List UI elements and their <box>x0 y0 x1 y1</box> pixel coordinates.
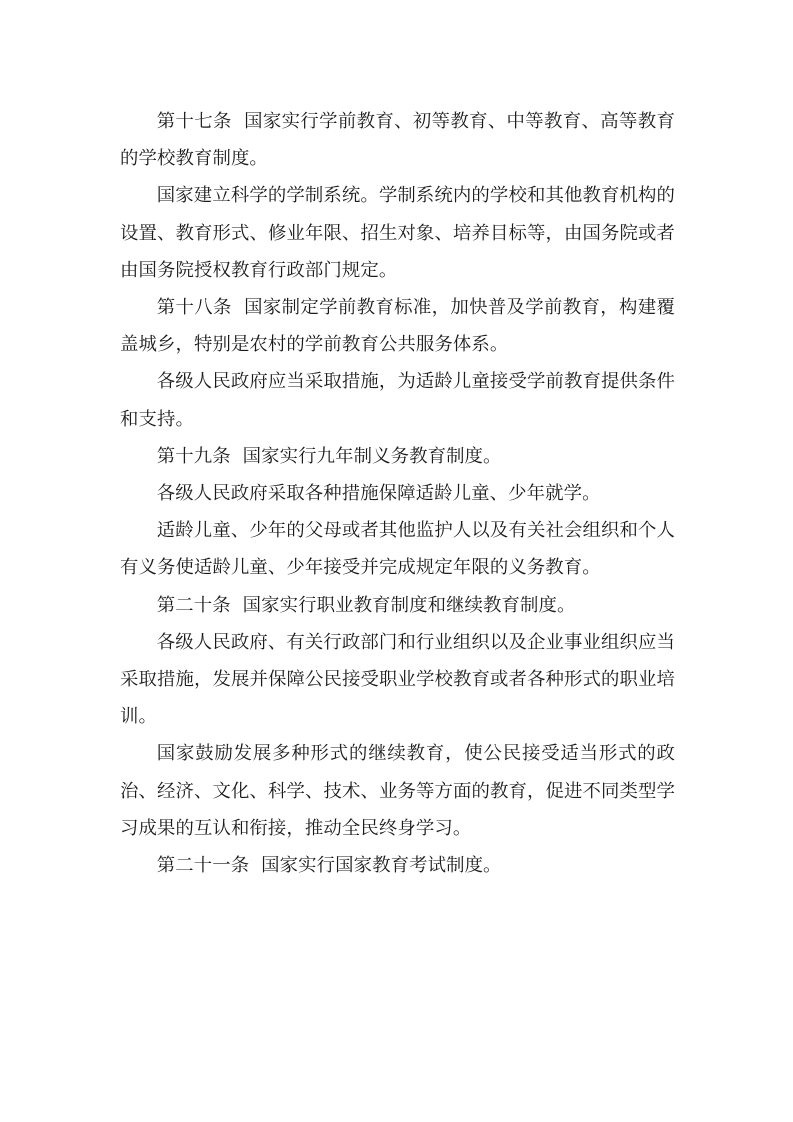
paragraph-text: 适龄儿童、少年的父母或者其他监护人以及有关社会组织和个人有义务使适龄儿童、少年接… <box>120 520 675 578</box>
paragraph: 适龄儿童、少年的父母或者其他监护人以及有关社会组织和个人有义务使适龄儿童、少年接… <box>120 512 675 586</box>
paragraph: 各级人民政府采取各种措施保障适龄儿童、少年就学。 <box>120 475 675 512</box>
article-gap <box>232 111 244 132</box>
paragraph-text: 国家实行国家教育考试制度。 <box>261 855 501 876</box>
paragraph: 国家鼓励发展多种形式的继续教育，使公民接受适当形式的政治、经济、文化、科学、技术… <box>120 735 675 847</box>
paragraph: 国家建立科学的学制系统。学制系统内的学校和其他教育机构的设置、教育形式、修业年限… <box>120 177 675 289</box>
paragraph-text: 各级人民政府应当采取措施，为适龄儿童接受学前教育提供条件和支持。 <box>120 371 675 429</box>
article-gap <box>249 855 261 876</box>
article-gap <box>231 595 243 616</box>
paragraph: 各级人民政府、有关行政部门和行业组织以及企业事业组织应当采取措施，发展并保障公民… <box>120 624 675 736</box>
paragraph-text: 各级人民政府、有关行政部门和行业组织以及企业事业组织应当采取措施，发展并保障公民… <box>120 632 675 727</box>
paragraph-text: 国家实行九年制义务教育制度。 <box>243 446 502 467</box>
document-page: 第十七条 国家实行学前教育、初等教育、中等教育、高等教育的学校教育制度。 国家建… <box>120 103 675 884</box>
article-20-paragraph: 第二十条 国家实行职业教育制度和继续教育制度。 <box>120 587 675 624</box>
paragraph-text: 国家鼓励发展多种形式的继续教育，使公民接受适当形式的政治、经济、文化、科学、技术… <box>120 743 675 838</box>
article-17-paragraph: 第十七条 国家实行学前教育、初等教育、中等教育、高等教育的学校教育制度。 <box>120 103 675 177</box>
article-21-paragraph: 第二十一条 国家实行国家教育考试制度。 <box>120 847 675 884</box>
article-number: 第十九条 <box>157 446 231 467</box>
paragraph-text: 各级人民政府采取各种措施保障适龄儿童、少年就学。 <box>157 483 601 504</box>
article-number: 第二十一条 <box>157 855 249 876</box>
paragraph-text: 国家实行职业教育制度和继续教育制度。 <box>243 595 576 616</box>
article-18-paragraph: 第十八条 国家制定学前教育标准，加快普及学前教育，构建覆盖城乡，特别是农村的学前… <box>120 289 675 363</box>
article-gap <box>231 446 243 467</box>
paragraph-text: 国家建立科学的学制系统。学制系统内的学校和其他教育机构的设置、教育形式、修业年限… <box>120 185 675 280</box>
article-19-paragraph: 第十九条 国家实行九年制义务教育制度。 <box>120 438 675 475</box>
article-gap <box>232 297 244 318</box>
article-number: 第二十条 <box>157 595 231 616</box>
article-number: 第十七条 <box>157 111 232 132</box>
paragraph: 各级人民政府应当采取措施，为适龄儿童接受学前教育提供条件和支持。 <box>120 363 675 437</box>
article-number: 第十八条 <box>157 297 232 318</box>
